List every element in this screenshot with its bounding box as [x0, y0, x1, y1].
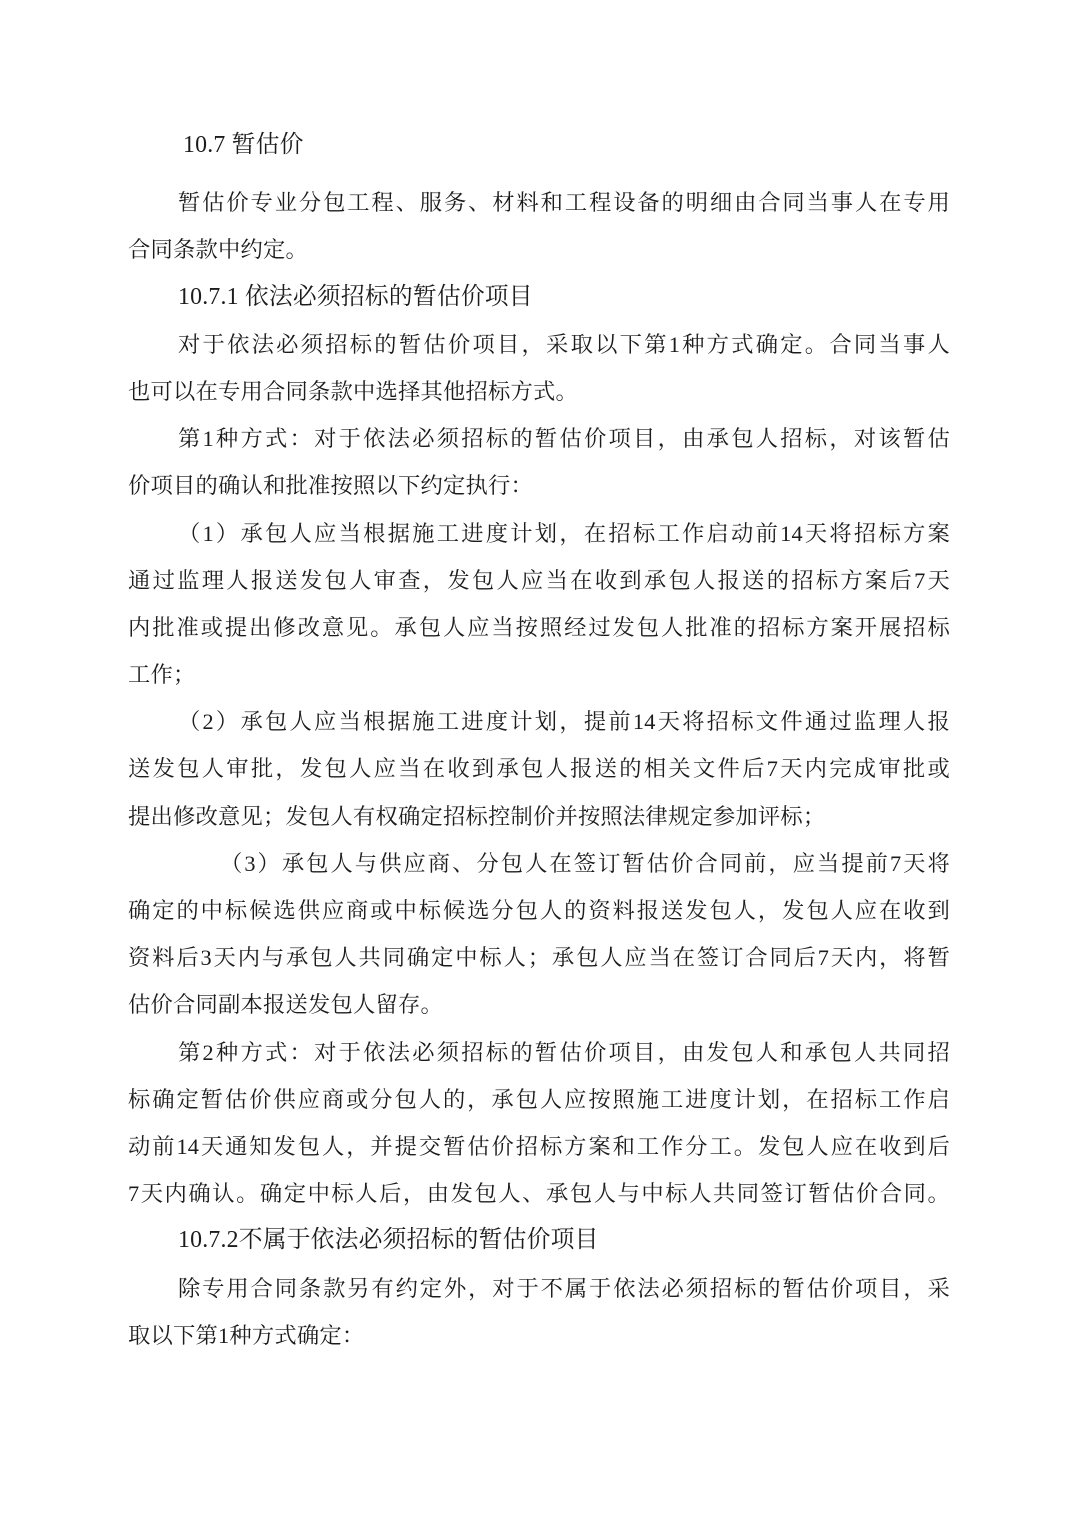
text-line: 确定的中标候选供应商或中标候选分包人的资料报送发包人，发包人应在收到 [128, 887, 950, 934]
document-page: 10.7 暂估价暂估价专业分包工程、服务、材料和工程设备的明细由合同当事人在专用… [0, 0, 1074, 1520]
text-line: 对于依法必须招标的暂估价项目，采取以下第1种方式确定。合同当事人 [128, 321, 950, 368]
text-line: （2）承包人应当根据施工进度计划，提前14天将招标文件通过监理人报 [128, 698, 950, 745]
sub-heading: 10.7.1 依法必须招标的暂估价项目 [128, 274, 950, 321]
text-line: 估价合同副本报送发包人留存。 [128, 981, 950, 1028]
text-line: 内批准或提出修改意见。承包人应当按照经过发包人批准的招标方案开展招标 [128, 604, 950, 651]
text-line: 价项目的确认和批准按照以下约定执行： [128, 462, 950, 509]
text-line: 标确定暂估价供应商或分包人的，承包人应按照施工进度计划，在招标工作启 [128, 1076, 950, 1123]
document-content: 10.7 暂估价暂估价专业分包工程、服务、材料和工程设备的明细由合同当事人在专用… [128, 122, 950, 1359]
text-line: 第1种方式：对于依法必须招标的暂估价项目，由承包人招标，对该暂估 [128, 415, 950, 462]
text-line: 资料后3天内与承包人共同确定中标人；承包人应当在签订合同后7天内，将暂 [128, 934, 950, 981]
text-line: 取以下第1种方式确定： [128, 1312, 950, 1359]
sub-heading: 10.7.2不属于依法必须招标的暂估价项目 [128, 1217, 950, 1264]
text-line: 动前14天通知发包人，并提交暂估价招标方案和工作分工。发包人应在收到后 [128, 1123, 950, 1170]
text-line: 工作； [128, 651, 950, 698]
text-line: 合同条款中约定。 [128, 226, 950, 273]
text-line: 提出修改意见；发包人有权确定招标控制价并按照法律规定参加评标； [128, 793, 950, 840]
text-line: 第2种方式：对于依法必须招标的暂估价项目，由发包人和承包人共同招 [128, 1029, 950, 1076]
text-line: 也可以在专用合同条款中选择其他招标方式。 [128, 368, 950, 415]
text-line: 通过监理人报送发包人审查，发包人应当在收到承包人报送的招标方案后7天 [128, 557, 950, 604]
text-line: 7天内确认。确定中标人后，由发包人、承包人与中标人共同签订暂估价合同。 [128, 1170, 950, 1217]
text-line: 暂估价专业分包工程、服务、材料和工程设备的明细由合同当事人在专用 [128, 179, 950, 226]
section-heading: 10.7 暂估价 [128, 122, 950, 169]
text-line: （1）承包人应当根据施工进度计划，在招标工作启动前14天将招标方案 [128, 510, 950, 557]
text-line: 送发包人审批，发包人应当在收到承包人报送的相关文件后7天内完成审批或 [128, 745, 950, 792]
text-line: 除专用合同条款另有约定外，对于不属于依法必须招标的暂估价项目，采 [128, 1265, 950, 1312]
text-line: （3）承包人与供应商、分包人在签订暂估价合同前，应当提前7天将 [128, 840, 950, 887]
